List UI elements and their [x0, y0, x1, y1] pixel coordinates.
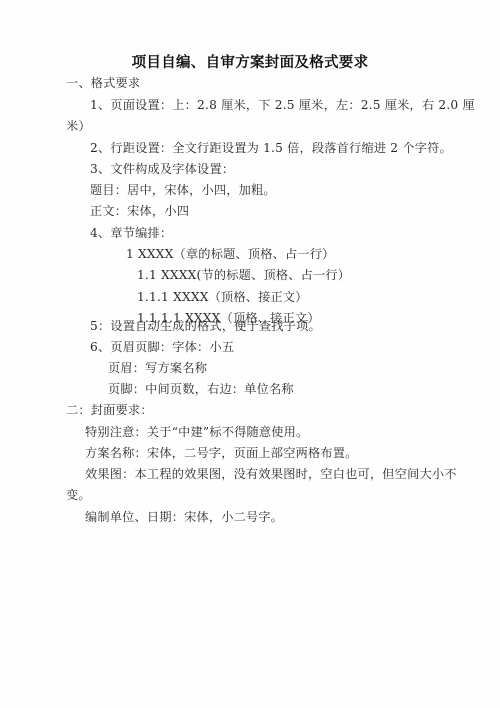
paragraph-page-setup-cont: 米）	[66, 117, 91, 134]
chapter-level-2: 1.1 XXXX(节的标题、顶格、占一行）	[137, 266, 350, 283]
paragraph-rendering-cont: 变。	[66, 486, 91, 503]
document-title: 项目自编、自审方案封面及格式要求	[0, 51, 500, 72]
paragraph-footer: 页脚：中间页数，右边：单位名称	[108, 380, 294, 397]
paragraph-file-composition: 3、文件构成及字体设置：	[90, 160, 234, 177]
paragraph-header: 页眉：写方案名称	[108, 359, 207, 376]
paragraph-title-font: 题目：居中，宋体，小四，加粗。	[90, 181, 276, 198]
paragraph-auto-format: 5：设置自动生成的格式，便于查找子项。	[90, 317, 321, 334]
paragraph-line-spacing: 2、行距设置：全文行距设置为 1.5 倍，段落首行缩进 2 个字符。	[90, 139, 452, 156]
paragraph-scheme-name: 方案名称：宋体，二号字，页面上部空两格布置。	[85, 444, 358, 461]
paragraph-body-font: 正文：宋体，小四	[90, 202, 189, 219]
chapter-level-3: 1.1.1 XXXX（顶格、接正文）	[137, 288, 308, 305]
paragraph-chapter-layout: 4、章节编排：	[90, 224, 172, 241]
paragraph-rendering: 效果图：本工程的效果图，没有效果图时，空白也可，但空间大小不	[85, 465, 457, 482]
section-heading-cover: 二：封面要求：	[66, 401, 153, 418]
chapter-level-1: 1 XXXX（章的标题、顶格、占一行）	[126, 245, 335, 262]
paragraph-special-note: 特别注意：关于“中建”标不得随意使用。	[85, 423, 308, 440]
document-page: 项目自编、自审方案封面及格式要求 一、格式要求 1、页面设置：上：2.8 厘米，…	[0, 0, 500, 708]
paragraph-header-footer: 6、页眉页脚：字体：小五	[90, 338, 234, 355]
section-heading-format: 一、格式要求	[66, 74, 140, 91]
paragraph-compiler-date: 编制单位、日期：宋体，小二号字。	[85, 508, 283, 525]
paragraph-page-setup: 1、页面设置：上：2.8 厘米，下 2.5 厘米，左：2.5 厘米，右 2.0 …	[90, 96, 475, 113]
